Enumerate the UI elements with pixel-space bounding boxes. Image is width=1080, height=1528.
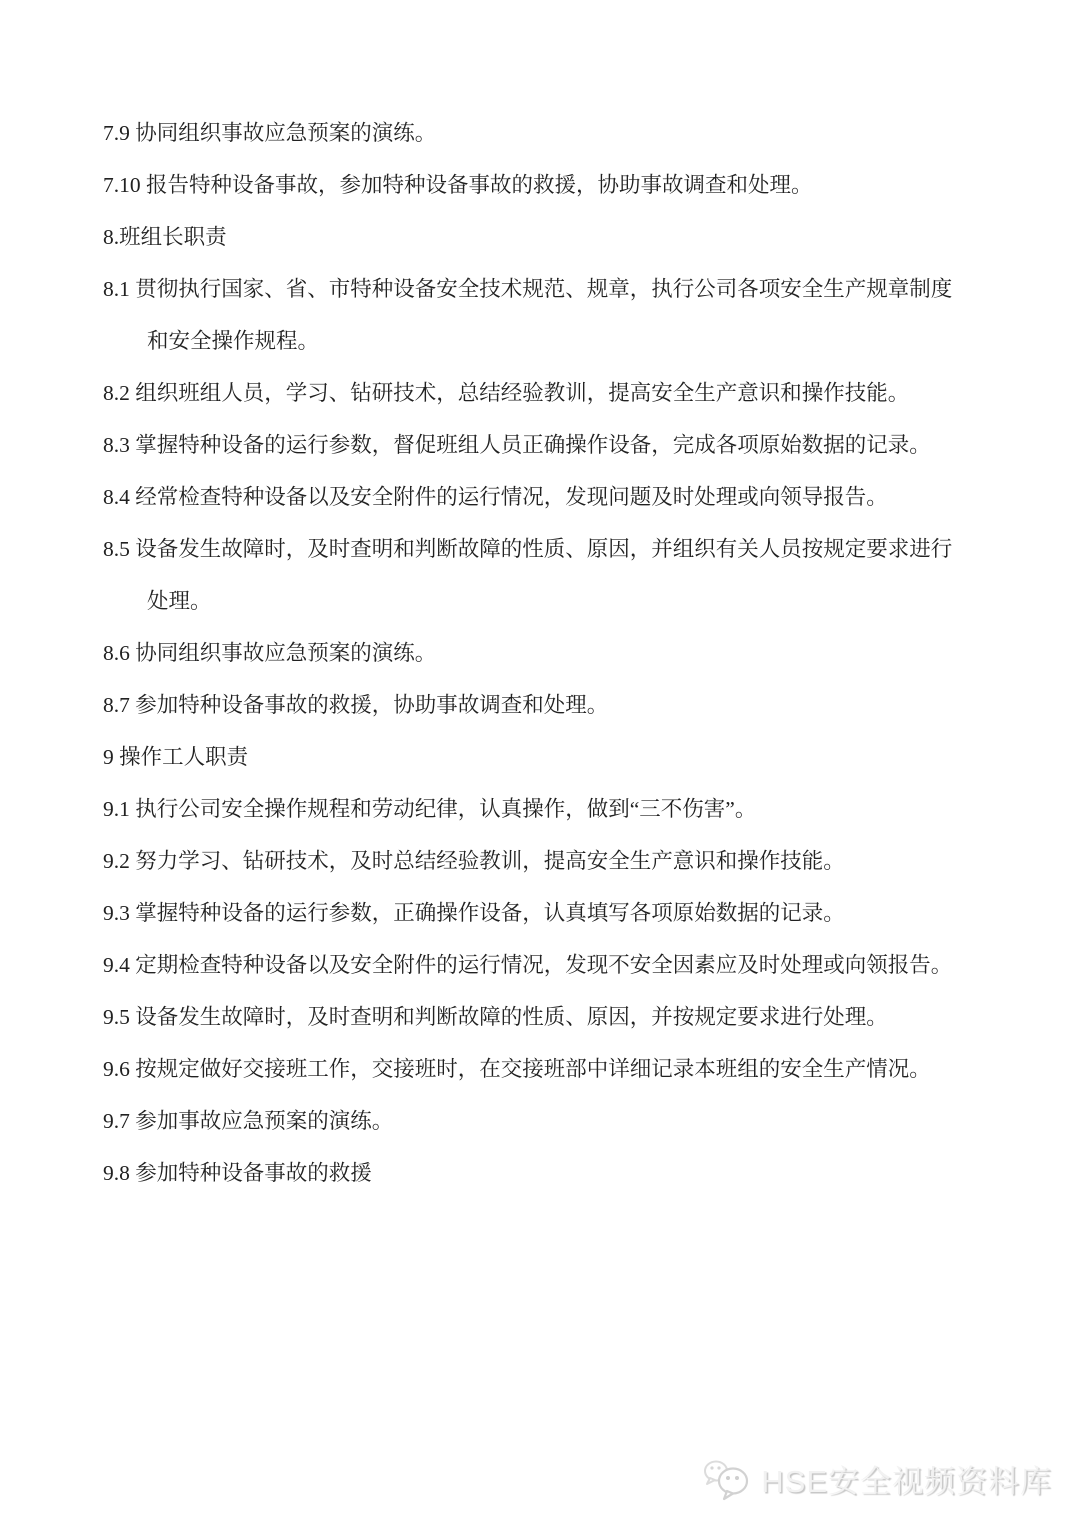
doc-paragraph: 8.6 协同组织事故应急预案的演练。 — [103, 627, 963, 679]
doc-section-heading: 8.班组长职责 — [103, 211, 963, 263]
doc-paragraph: 9.1 执行公司安全操作规程和劳动纪律，认真操作，做到“三不伤害”。 — [103, 783, 963, 835]
doc-paragraph: 8.4 经常检查特种设备以及安全附件的运行情况，发现问题及时处理或向领导报告。 — [103, 471, 963, 523]
doc-paragraph: 8.5 设备发生故障时，及时查明和判断故障的性质、原因，并组织有关人员按规定要求… — [103, 523, 963, 627]
doc-paragraph: 8.2 组织班组人员，学习、钻研技术，总结经验教训，提高安全生产意识和操作技能。 — [103, 367, 963, 419]
doc-paragraph: 9.3 掌握特种设备的运行参数，正确操作设备，认真填写各项原始数据的记录。 — [103, 887, 963, 939]
watermark: HSE安全视频资料库 — [703, 1454, 1052, 1502]
doc-paragraph: 7.9 协同组织事故应急预案的演练。 — [103, 107, 963, 159]
watermark-label: HSE安全视频资料库 — [761, 1456, 1052, 1501]
doc-paragraph: 8.7 参加特种设备事故的救援，协助事故调查和处理。 — [103, 679, 963, 731]
doc-paragraph: 9.5 设备发生故障时，及时查明和判断故障的性质、原因，并按规定要求进行处理。 — [103, 991, 963, 1043]
document-page: 7.9 协同组织事故应急预案的演练。 7.10 报告特种设备事故，参加特种设备事… — [0, 0, 1080, 1528]
wechat-icon — [703, 1454, 755, 1502]
doc-paragraph: 9.4 定期检查特种设备以及安全附件的运行情况，发现不安全因素应及时处理或向领报… — [103, 939, 963, 991]
document-body: 7.9 协同组织事故应急预案的演练。 7.10 报告特种设备事故，参加特种设备事… — [103, 107, 963, 1199]
doc-paragraph: 8.1 贯彻执行国家、省、市特种设备安全技术规范、规章，执行公司各项安全生产规章… — [103, 263, 963, 367]
doc-section-heading: 9 操作工人职责 — [103, 731, 963, 783]
doc-paragraph: 9.6 按规定做好交接班工作，交接班时，在交接班部中详细记录本班组的安全生产情况… — [103, 1043, 963, 1095]
doc-paragraph: 8.3 掌握特种设备的运行参数，督促班组人员正确操作设备，完成各项原始数据的记录… — [103, 419, 963, 471]
doc-paragraph: 7.10 报告特种设备事故，参加特种设备事故的救援，协助事故调查和处理。 — [103, 159, 963, 211]
doc-paragraph: 9.8 参加特种设备事故的救援 — [103, 1147, 963, 1199]
doc-paragraph: 9.2 努力学习、钻研技术，及时总结经验教训，提高安全生产意识和操作技能。 — [103, 835, 963, 887]
doc-paragraph: 9.7 参加事故应急预案的演练。 — [103, 1095, 963, 1147]
